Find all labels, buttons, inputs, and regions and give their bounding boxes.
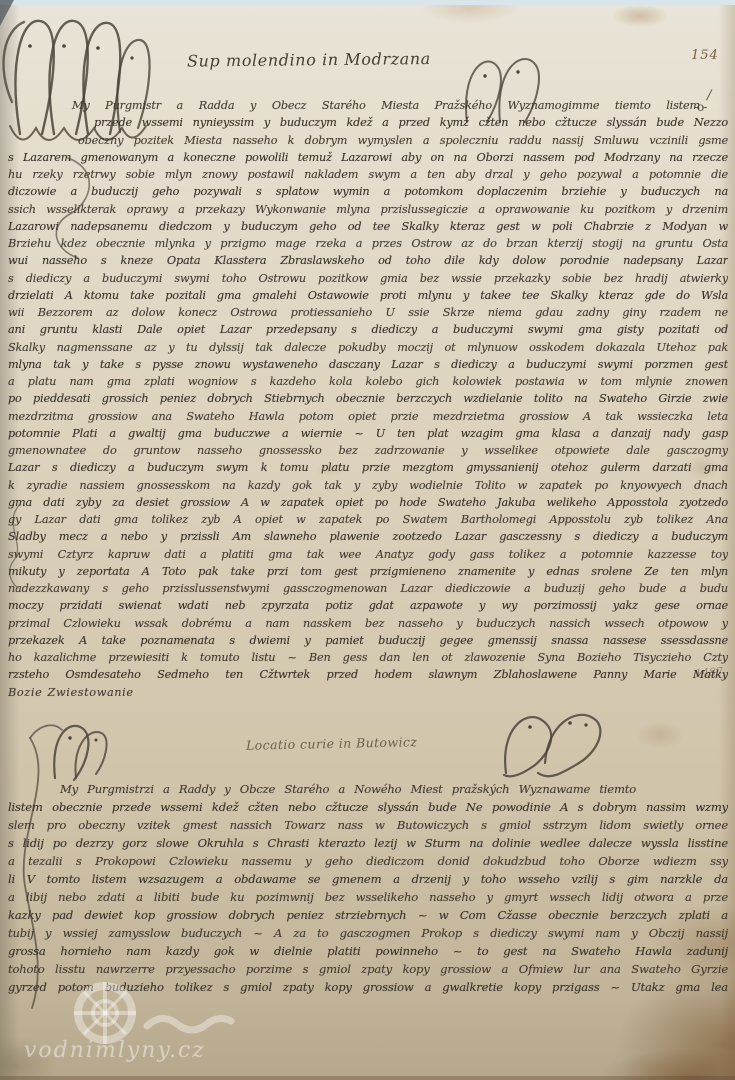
- manuscript-line: gma dati zyby za desiet grossiow A w zap…: [8, 494, 728, 511]
- manuscript-line: mlyna tak y take s pysse znowu wystawene…: [8, 356, 728, 373]
- manuscript-line: obeczny pozitek Miesta nasseho k dobrym …: [8, 132, 728, 149]
- manuscript-line: s lidij po dezrzy gorz slowe Okruhla s C…: [8, 834, 728, 852]
- manuscript-line: My Purgmistr a Radda y Obecz Starého Mie…: [8, 97, 728, 114]
- manuscript-line: My Purgmistrzi a Raddy y Obcze Starého a…: [8, 780, 728, 798]
- manuscript-line: po pieddesati grossich peniez dobrych St…: [8, 390, 728, 407]
- photo-edge-top: [0, 0, 735, 5]
- manuscript-line: gmenownatee do gruntow nasseho gnossessk…: [8, 442, 728, 459]
- manuscript-line: wii Bezzorem az dolow konecz Ostrowa pro…: [8, 304, 728, 321]
- manuscript-line: Lazarowi nadepsanemu diedczom y buduczym…: [8, 218, 728, 235]
- manuscript-line: Lazar s diediczy a buduczym swym k tomu …: [8, 459, 728, 476]
- manuscript-line: tubij y wssiej zamysslow buduczych ~ A z…: [8, 924, 728, 942]
- manuscript-line: drzielati A ktomu take pozitali gma gmal…: [8, 287, 728, 304]
- manuscript-page: 154 Sup molendino in Modrzana / -o- 1487…: [0, 0, 735, 1080]
- manuscript-line: swymi Cztyrz kapruw dati a platiti gma t…: [8, 546, 728, 563]
- photo-edge-bottom: [0, 1076, 735, 1080]
- folio-number: 154: [691, 48, 719, 63]
- manuscript-line: potomnie Plati a gwaltij gma buduczwe a …: [8, 425, 728, 442]
- manuscript-line: listem obecznie przede wssemi kdež cžten…: [8, 798, 728, 816]
- manuscript-line: a libij nebo zdati a libiti bude ku pozi…: [8, 888, 728, 906]
- manuscript-line: s diediczy a buduczymi swymi toho Ostrow…: [8, 270, 728, 287]
- manuscript-line: hu rzeky rzetrwy sobie mlyn znowy postaw…: [8, 166, 728, 183]
- manuscript-line: nadezzkawany s geho przisslussenstwymi g…: [8, 580, 728, 597]
- manuscript-line: Brziehu kdez obecznie mlynka y przigmo m…: [8, 235, 728, 252]
- manuscript-line: gy Lazar dati gma tolikez zyb A opiet w …: [8, 511, 728, 528]
- manuscript-line: Bozie Zwiestowanie: [8, 684, 728, 701]
- page-corner-shadow: [0, 0, 14, 26]
- manuscript-line: ho kazalichme przewiesiti k tomuto listu…: [8, 649, 728, 666]
- manuscript-line: kazky pad dewiet kop grossiow dobrych pe…: [8, 906, 728, 924]
- manuscript-line: przekazek A take poznamenata s dwiemi y …: [8, 632, 728, 649]
- charter-text-block-2: My Purgmistrzi a Raddy y Obcze Starého a…: [8, 780, 728, 996]
- cadel-section-right-icon: [490, 703, 625, 791]
- manuscript-line: ssich wsselikterak oprawy a przekazy Wyk…: [8, 201, 728, 218]
- manuscript-line: a tezalii s Prokopowi Czlowieku nassemu …: [8, 852, 728, 870]
- manuscript-line: mikuty y zeportata A Toto pak take przi …: [8, 563, 728, 580]
- manuscript-line: a platu nam gma zplati wogniow s kazdeho…: [8, 373, 728, 390]
- manuscript-line: mezdrzitma grossiow ana Swateho Hawla po…: [8, 408, 728, 425]
- manuscript-line: Sladby mecz a nebo y przissli Am slawneh…: [8, 528, 728, 545]
- watermark-text: vodnimlyny.cz: [24, 1038, 206, 1063]
- manuscript-line: tohoto lisstu nawrzerre przyessacho porz…: [8, 960, 728, 978]
- manuscript-line: moczy przidati swienat wdati neb zpyrzat…: [8, 597, 728, 614]
- manuscript-line: przimal Czlowieku wssak dobrému a nam na…: [8, 615, 728, 632]
- manuscript-line: slem pro obeczny vzitek gmest nassich To…: [8, 816, 728, 834]
- charter-text-block-1: My Purgmistr a Radda y Obecz Starého Mie…: [8, 97, 728, 701]
- chapter-heading: Sup molendino in Modrzana: [187, 48, 487, 70]
- manuscript-line: diczowie a buduczij geho pozywali s spla…: [8, 183, 728, 200]
- manuscript-line: gyrzed potom buduzieho tolikez s gmiol z…: [8, 978, 728, 996]
- manuscript-line: przede wssemi nynieyssim y buduczym kdež…: [8, 114, 728, 131]
- manuscript-line: rzsteho Osmdesateho Sedmeho ten Cžtwrtek…: [8, 666, 728, 683]
- section-heading: Locatio curie in Butowicz: [246, 734, 418, 753]
- manuscript-line: grossa hornieho nam kazdy gok w dielnie …: [8, 942, 728, 960]
- manuscript-line: k zyradie nassiem gnossesskom na kazdy g…: [8, 477, 728, 494]
- manuscript-line: Skalky nagmenssane az y tu dylssij tak d…: [8, 339, 728, 356]
- manuscript-line: li V tomto listem wzsazugem a obdawame s…: [8, 870, 728, 888]
- manuscript-line: s Lazarem gmenowanym a koneczne powolili…: [8, 149, 728, 166]
- manuscript-line: ani gruntu klasti Dale opiet Lazar przed…: [8, 321, 728, 338]
- manuscript-line: wui nasseho s kneze Opata Klasstera Zbra…: [8, 252, 728, 269]
